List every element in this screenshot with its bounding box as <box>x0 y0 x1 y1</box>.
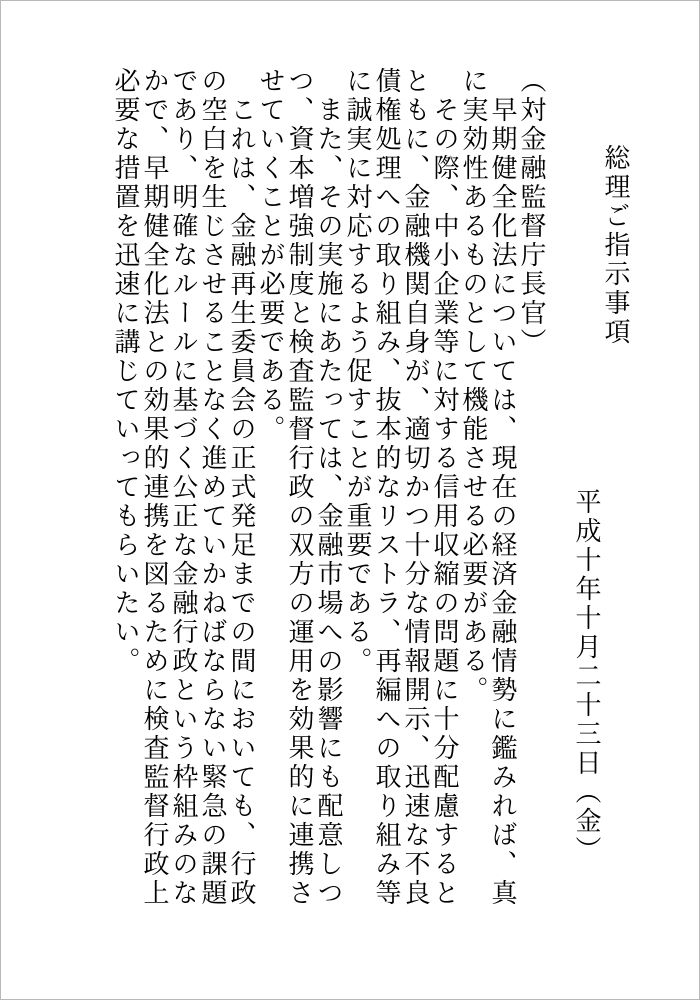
text-column: せていくことが必要である。 <box>255 67 284 927</box>
text-column: 早期健全化法については、現在の経済金融情勢に鑑みれば、真 <box>487 67 516 927</box>
document-header: 総理ご指示事項 平成十年十月二十三日（金） <box>571 1 629 941</box>
text-column: に実効性あるものとして機能させる必要がある。 <box>458 67 487 927</box>
text-column: に誠実に対応するよう促すことが重要である。 <box>342 67 371 927</box>
text-column: これは、金融再生委員会の正式発足までの間においても、行政 <box>226 67 255 927</box>
text-column: かで、早期健全化法との効果的連携を図るために検査監督行政上 <box>139 67 168 927</box>
document-date: 平成十年十月二十三日（金） <box>571 488 600 941</box>
text-column: その際、中小企業等に対する信用収縮の問題に十分配慮すると <box>429 67 458 927</box>
text-column: ともに、金融機関自身が、適切かつ十分な情報開示、迅速な不良 <box>400 67 429 927</box>
text-column: であり、明確なルールに基づく公正な金融行政という枠組みのな <box>168 67 197 927</box>
addressee-line: （対金融監督庁長官） <box>516 67 545 927</box>
document-body: （対金融監督庁長官） 早期健全化法については、現在の経済金融情勢に鑑みれば、真 … <box>110 67 545 927</box>
text-column: つ、資本増強制度と検査監督行政の双方の運用を効果的に連携さ <box>284 67 313 927</box>
text-column: また、その実施にあたっては、金融市場への影響にも配意しつ <box>313 67 342 927</box>
text-column: の空白を生じさせることなく進めていかねばならない緊急の課題 <box>197 67 226 927</box>
text-column: 債権処理への取り組み、抜本的なリストラ、再編への取り組み等 <box>371 67 400 927</box>
document-title: 総理ご指示事項 <box>600 144 629 941</box>
text-column: 必要な措置を迅速に講じていってもらいたい。 <box>110 67 139 927</box>
document-page: 総理ご指示事項 平成十年十月二十三日（金） （対金融監督庁長官） 早期健全化法に… <box>0 0 700 1000</box>
